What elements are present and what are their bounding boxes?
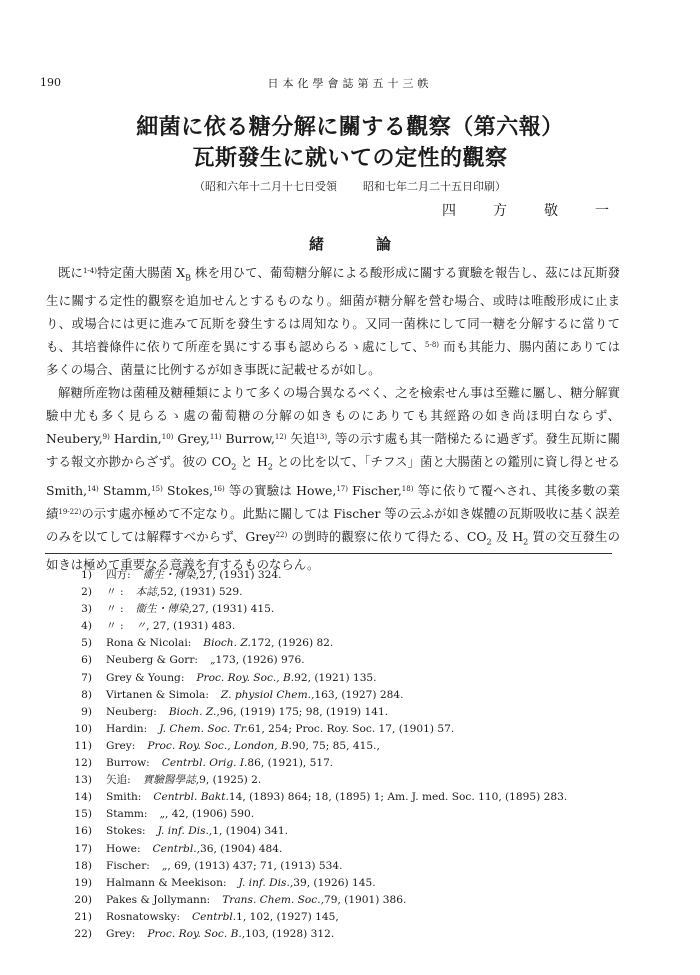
reference-item: 13)矢追:實驗醫學誌, 9, (1925) 2. — [60, 772, 567, 789]
citation-marker: 17) — [336, 485, 348, 493]
reference-item: 3)〃 :衞生・傳染, 27, (1931) 415. — [60, 601, 567, 618]
reference-item: 21)Rosnatowsky:Centrbl. 1, 102, (1927) 1… — [60, 909, 567, 926]
reference-author: Rona & Nicolai: — [106, 635, 191, 652]
reference-number: 6) — [60, 652, 106, 669]
reference-number: 4) — [60, 618, 106, 635]
reference-author: 四方: — [106, 567, 131, 584]
reference-author: Grey: — [106, 738, 135, 755]
citation-marker: 18) — [402, 485, 414, 493]
reference-details: 163, (1927) 284. — [314, 687, 403, 704]
journal-header: 日本化學會誌第五十三帙 — [0, 75, 700, 91]
reference-item: 14)Smith:Centrbl. Bakt. 14, (1893) 864; … — [60, 789, 567, 806]
reference-number: 10) — [60, 721, 106, 738]
reference-item: 22)Grey:Proc. Roy. Soc. B., 103, (1928) … — [60, 926, 567, 943]
paper-subtitle: 瓦斯發生に就いての定性的觀察 — [0, 141, 700, 172]
reference-author: Howe: — [106, 841, 141, 858]
reference-item: 18)Fischer:„ , 69, (1913) 437; 71, (1913… — [60, 858, 567, 875]
reference-details: 14, (1893) 864; 18, (1895) 1; Am. J. med… — [229, 789, 567, 806]
reference-item: 10)Hardin:J. Chem. Soc. Tr. 61, 254; Pro… — [60, 721, 567, 738]
reference-details: 39, (1926) 145. — [293, 875, 375, 892]
reference-details: 86, (1921), 517. — [247, 755, 333, 772]
reference-details: 96, (1919) 175; 98, (1919) 141. — [220, 704, 388, 721]
body-paragraph: 既に1-4)特定菌大腸菌 XB 株を用ひて、葡萄糖分解による酸形成に關する實驗を… — [46, 261, 620, 381]
reference-details: , 42, (1906) 590. — [165, 806, 254, 823]
reference-details: , 69, (1913) 437; 71, (1913) 534. — [167, 858, 342, 875]
reference-details: 79, (1901) 386. — [324, 892, 406, 909]
reference-author: Virtanen & Simola: — [106, 687, 209, 704]
reference-journal: J. inf. Dis., — [158, 823, 213, 840]
reference-details: 90, 75; 85, 415., — [292, 738, 380, 755]
reference-details: 173, (1926) 976. — [215, 652, 304, 669]
reference-journal: J. inf. Dis., — [239, 875, 294, 892]
citation-marker: 16) — [213, 485, 225, 493]
reference-number: 13) — [60, 772, 106, 789]
reference-details: 103, (1928) 312. — [245, 926, 334, 943]
reference-number: 2) — [60, 584, 106, 601]
reference-number: 21) — [60, 909, 106, 926]
reference-item: 5)Rona & Nicolai:Bioch. Z. 172, (1926) 8… — [60, 635, 567, 652]
reference-item: 7)Grey & Young:Proc. Roy. Soc., B. 92, (… — [60, 670, 567, 687]
reference-details: 27, (1931) 324. — [199, 567, 281, 584]
reference-item: 19)Halmann & Meekison:J. inf. Dis., 39, … — [60, 875, 567, 892]
reference-item: 4)〃 :〃 , 27, (1931) 483. — [60, 618, 567, 635]
paper-title: 細菌に依る糖分解に關する觀察（第六報） — [0, 110, 700, 141]
reference-journal: 衞生・傳染, — [143, 567, 199, 584]
reference-journal: Centrbl., — [153, 841, 200, 858]
reference-details: 36, (1904) 484. — [200, 841, 282, 858]
footnote-separator — [45, 553, 612, 554]
printed-date: 昭和七年二月二十五日印刷） — [363, 180, 506, 193]
reference-number: 1) — [60, 567, 106, 584]
reference-journal: Bioch. Z., — [169, 704, 220, 721]
reference-number: 7) — [60, 670, 106, 687]
reference-journal: 衞生・傳染, — [136, 601, 192, 618]
reference-number: 18) — [60, 858, 106, 875]
section-heading: 緒論 — [0, 233, 700, 254]
reference-item: 16)Stokes:J. inf. Dis., 1, (1904) 341. — [60, 823, 567, 840]
body-paragraph: 解糖所産物は菌種及糖種類によりて多くの場合異なるべく、之を檢索せん事は至難に屬し… — [46, 381, 620, 576]
citation-marker: 5-8) — [425, 341, 439, 349]
citation-marker: 10) — [162, 433, 174, 441]
citation-marker: 15) — [151, 485, 163, 493]
reference-author: Neuberg: — [106, 704, 157, 721]
reference-author: 〃 : — [106, 584, 124, 601]
reference-author: Fischer: — [106, 858, 150, 875]
reference-details: 52, (1931) 529. — [160, 584, 242, 601]
references-list: 1)四方:衞生・傳染, 27, (1931) 324.2)〃 :本誌, 52, … — [60, 567, 567, 943]
citation-marker: 14) — [87, 485, 99, 493]
reference-author: Stamm: — [106, 806, 148, 823]
reference-item: 12)Burrow:Centrbl. Orig. I. 86, (1921), … — [60, 755, 567, 772]
dates-line: （昭和六年十二月十七日受領昭和七年二月二十五日印刷） — [0, 178, 700, 194]
reference-author: Hardin: — [106, 721, 147, 738]
reference-author: Grey: — [106, 926, 135, 943]
reference-author: Rosnatowsky: — [106, 909, 180, 926]
reference-number: 17) — [60, 841, 106, 858]
reference-journal: Centrbl. — [192, 909, 236, 926]
reference-author: Pakes & Jollymann: — [106, 892, 210, 909]
reference-number: 11) — [60, 738, 106, 755]
reference-number: 9) — [60, 704, 106, 721]
reference-item: 2)〃 :本誌, 52, (1931) 529. — [60, 584, 567, 601]
reference-number: 3) — [60, 601, 106, 618]
reference-details: 9, (1925) 2. — [199, 772, 261, 789]
citation-marker: 22) — [276, 531, 288, 539]
citation-marker: 12) — [275, 433, 287, 441]
citation-marker: 19-22) — [58, 508, 81, 516]
citation-marker: 13) — [315, 433, 327, 441]
reference-journal: Proc. Roy. Soc., London, B. — [147, 738, 292, 755]
reference-number: 16) — [60, 823, 106, 840]
reference-details: 1, 102, (1927) 145, — [236, 909, 339, 926]
received-date: （昭和六年十二月十七日受領 — [194, 180, 337, 193]
reference-item: 1)四方:衞生・傳染, 27, (1931) 324. — [60, 567, 567, 584]
reference-author: 矢追: — [106, 772, 131, 789]
reference-author: 〃 : — [106, 601, 124, 618]
reference-details: 61, 254; Proc. Roy. Soc. 17, (1901) 57. — [248, 721, 454, 738]
reference-item: 9)Neuberg:Bioch. Z., 96, (1919) 175; 98,… — [60, 704, 567, 721]
reference-number: 22) — [60, 926, 106, 943]
reference-journal: Trans. Chem. Soc., — [222, 892, 324, 909]
reference-item: 6)Neuberg & Gorr:„ 173, (1926) 976. — [60, 652, 567, 669]
reference-author: Burrow: — [106, 755, 150, 772]
reference-item: 17)Howe:Centrbl., 36, (1904) 484. — [60, 841, 567, 858]
reference-journal: Proc. Roy. Soc., B. — [196, 670, 294, 687]
reference-details: , 27, (1931) 483. — [146, 618, 235, 635]
reference-journal: 本誌, — [136, 584, 161, 601]
reference-item: 15)Stamm:„ , 42, (1906) 590. — [60, 806, 567, 823]
reference-journal: 實驗醫學誌, — [143, 772, 199, 789]
reference-author: Stokes: — [106, 823, 146, 840]
reference-author: Smith: — [106, 789, 141, 806]
reference-number: 12) — [60, 755, 106, 772]
reference-details: 27, (1931) 415. — [192, 601, 274, 618]
reference-number: 19) — [60, 875, 106, 892]
citation-marker: 11) — [210, 433, 222, 441]
reference-journal: 〃 — [136, 618, 147, 635]
reference-journal: J. Chem. Soc. Tr. — [159, 721, 248, 738]
reference-number: 14) — [60, 789, 106, 806]
body-text: 既に1-4)特定菌大腸菌 XB 株を用ひて、葡萄糖分解による酸形成に關する實驗を… — [46, 261, 620, 576]
reference-number: 8) — [60, 687, 106, 704]
reference-details: 1, (1904) 341. — [212, 823, 288, 840]
reference-author: Neuberg & Gorr: — [106, 652, 198, 669]
reference-number: 20) — [60, 892, 106, 909]
reference-author: Grey & Young: — [106, 670, 184, 687]
reference-journal: Proc. Roy. Soc. B., — [147, 926, 245, 943]
reference-journal: Centrbl. Orig. I. — [162, 755, 248, 772]
reference-item: 20)Pakes & Jollymann:Trans. Chem. Soc., … — [60, 892, 567, 909]
reference-details: 172, (1926) 82. — [251, 635, 333, 652]
reference-journal: Centrbl. Bakt. — [153, 789, 229, 806]
reference-details: 92, (1921) 135. — [294, 670, 376, 687]
author-name: 四方敬一 — [442, 200, 646, 220]
citation-marker: 1-4) — [83, 267, 97, 275]
reference-journal: Bioch. Z. — [203, 635, 251, 652]
reference-number: 5) — [60, 635, 106, 652]
reference-item: 8)Virtanen & Simola:Z. physiol Chem., 16… — [60, 687, 567, 704]
reference-item: 11)Grey:Proc. Roy. Soc., London, B. 90, … — [60, 738, 567, 755]
citation-marker: 9) — [103, 433, 110, 441]
reference-journal: Z. physiol Chem., — [221, 687, 314, 704]
reference-author: Halmann & Meekison: — [106, 875, 227, 892]
reference-number: 15) — [60, 806, 106, 823]
reference-author: 〃 : — [106, 618, 124, 635]
